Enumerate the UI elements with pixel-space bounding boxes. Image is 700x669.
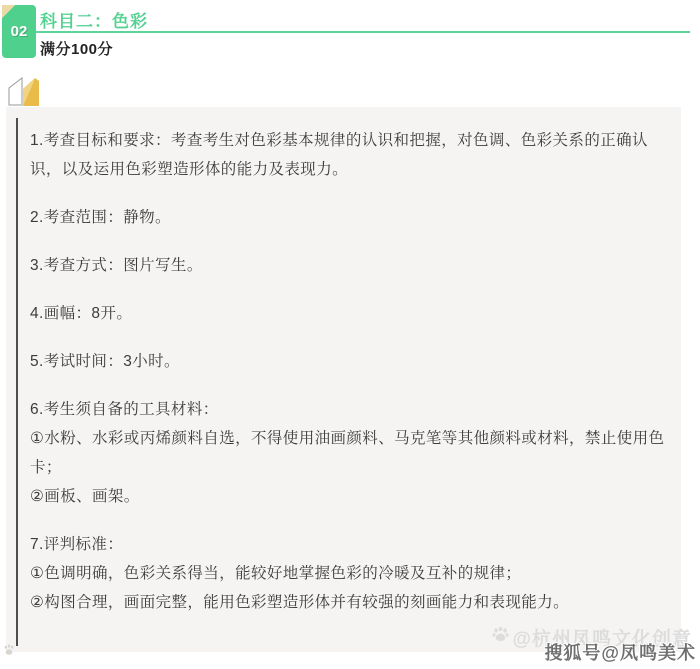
paragraph-scope: 2.考查范围：静物。 <box>30 203 666 232</box>
paragraph-duration: 5.考试时间：3小时。 <box>30 347 666 376</box>
paragraph-materials: 6.考生须自备的工具材料： ①水粉、水彩或丙烯颜料自选，不得使用油画颜料、马克笔… <box>30 395 666 511</box>
paragraph-goals: 1.考查目标和要求：考查考生对色彩基本规律的认识和把握，对色调、色彩关系的正确认… <box>30 126 666 184</box>
section-number: 02 <box>2 5 36 58</box>
paragraph-size: 4.画幅：8开。 <box>30 299 666 328</box>
paragraph-method: 3.考查方式：图片写生。 <box>30 251 666 280</box>
paragraph-criteria: 7.评判标准： ①色调明确，色彩关系得当，能较好地掌握色彩的冷暖及互补的规律； … <box>30 530 666 617</box>
section-subtitle: 满分100分 <box>40 38 113 59</box>
corner-watermark-icon <box>3 643 15 661</box>
exam-requirements-text: 1.考查目标和要求：考查考生对色彩基本规律的认识和把握，对色调、色彩关系的正确认… <box>30 126 666 617</box>
left-accent-line <box>16 118 18 646</box>
paw-print-icon <box>492 626 509 649</box>
section-title: 科目二：色彩 <box>40 7 148 32</box>
document-pages-icon <box>8 77 42 108</box>
sohu-watermark: 搜狐号@凤鸣美术 <box>544 639 696 665</box>
infographic-page: 02 科目二：色彩 满分100分 1.考查目标和要求：考查考生对色彩基本规律的认… <box>0 0 700 669</box>
header-divider <box>36 31 690 33</box>
